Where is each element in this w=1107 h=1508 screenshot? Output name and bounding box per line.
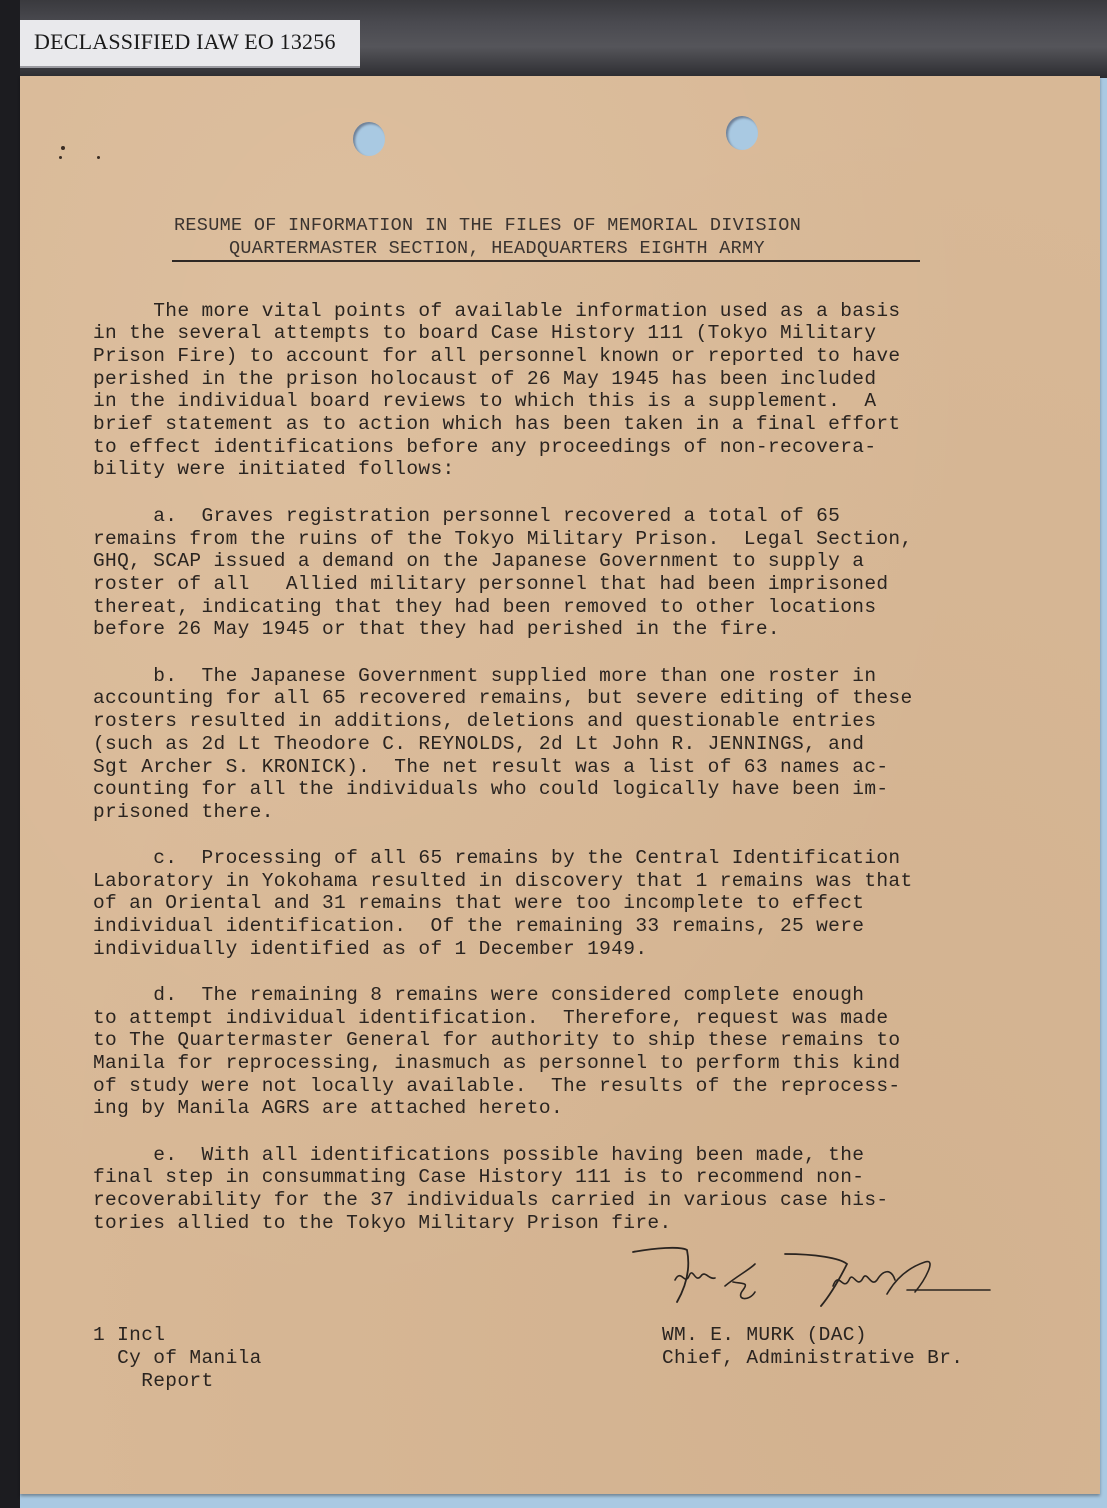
- punch-hole-right: [726, 116, 758, 150]
- paper-speck: [59, 156, 62, 159]
- text-line: to The Quartermaster General for authori…: [93, 1029, 900, 1052]
- text-line: of study were not locally available. The…: [93, 1075, 900, 1098]
- text-line: in the individual board reviews to which…: [93, 390, 876, 413]
- handwritten-signature: [625, 1240, 995, 1320]
- text-line: Cy of Manila: [93, 1347, 262, 1370]
- text-line: individual identification. Of the remain…: [93, 915, 864, 938]
- text-line: Laboratory in Yokohama resulted in disco…: [93, 870, 913, 893]
- text-line: counting for all the individuals who cou…: [93, 778, 888, 801]
- text-line: Sgt Archer S. KRONICK). The net result w…: [93, 756, 888, 779]
- text-line: of an Oriental and 31 remains that were …: [93, 892, 864, 915]
- title-underline: [172, 260, 920, 262]
- text-line: a. Graves registration personnel recover…: [93, 505, 840, 528]
- text-line: in the several attempts to board Case Hi…: [93, 322, 876, 345]
- text-line: tories allied to the Tokyo Military Pris…: [93, 1212, 672, 1235]
- text-line: 1 Incl: [93, 1324, 165, 1347]
- paper-speck: [97, 156, 100, 159]
- text-line: brief statement as to action which has b…: [93, 413, 900, 436]
- text-line: Manila for reprocessing, inasmuch as per…: [93, 1052, 900, 1075]
- text-line: individually identified as of 1 December…: [93, 938, 647, 961]
- declassification-label: DECLASSIFIED IAW EO 13256: [20, 20, 360, 68]
- text-line: roster of all Allied military personnel …: [93, 573, 888, 596]
- text-line: before 26 May 1945 or that they had peri…: [93, 618, 780, 641]
- document-title-line-1: RESUME OF INFORMATION IN THE FILES OF ME…: [174, 215, 801, 236]
- text-line: The more vital points of available infor…: [93, 300, 900, 323]
- text-line: ing by Manila AGRS are attached hereto.: [93, 1097, 563, 1120]
- text-line: c. Processing of all 65 remains by the C…: [93, 847, 900, 870]
- scanner-backdrop-left: [0, 0, 20, 1508]
- text-line: GHQ, SCAP issued a demand on the Japanes…: [93, 550, 864, 573]
- text-line: thereat, indicating that they had been r…: [93, 596, 876, 619]
- text-line: accounting for all 65 recovered remains,…: [93, 687, 913, 710]
- text-line: d. The remaining 8 remains were consider…: [93, 984, 864, 1007]
- text-line: final step in consummating Case History …: [93, 1166, 864, 1189]
- text-line: remains from the ruins of the Tokyo Mili…: [93, 528, 913, 551]
- text-line: b. The Japanese Government supplied more…: [93, 665, 876, 688]
- text-line: e. With all identifications possible hav…: [93, 1144, 864, 1167]
- text-line: prisoned there.: [93, 801, 274, 824]
- paper-speck: [61, 146, 65, 150]
- text-line: recoverability for the 37 individuals ca…: [93, 1189, 888, 1212]
- text-line: to attempt individual identification. Th…: [93, 1007, 888, 1030]
- text-line: to effect identifications before any pro…: [93, 436, 876, 459]
- text-line: Report: [93, 1370, 214, 1393]
- text-line: bility were initiated follows:: [93, 458, 455, 481]
- text-line: Prison Fire) to account for all personne…: [93, 345, 900, 368]
- document-title-line-2: QUARTERMASTER SECTION, HEADQUARTERS EIGH…: [229, 238, 765, 259]
- text-line: rosters resulted in additions, deletions…: [93, 710, 876, 733]
- punch-hole-left: [353, 122, 385, 156]
- text-line: (such as 2d Lt Theodore C. REYNOLDS, 2d …: [93, 733, 864, 756]
- signatory-title: Chief, Administrative Br.: [662, 1347, 963, 1370]
- text-line: perished in the prison holocaust of 26 M…: [93, 368, 876, 391]
- signatory-name: WM. E. MURK (DAC): [662, 1324, 867, 1347]
